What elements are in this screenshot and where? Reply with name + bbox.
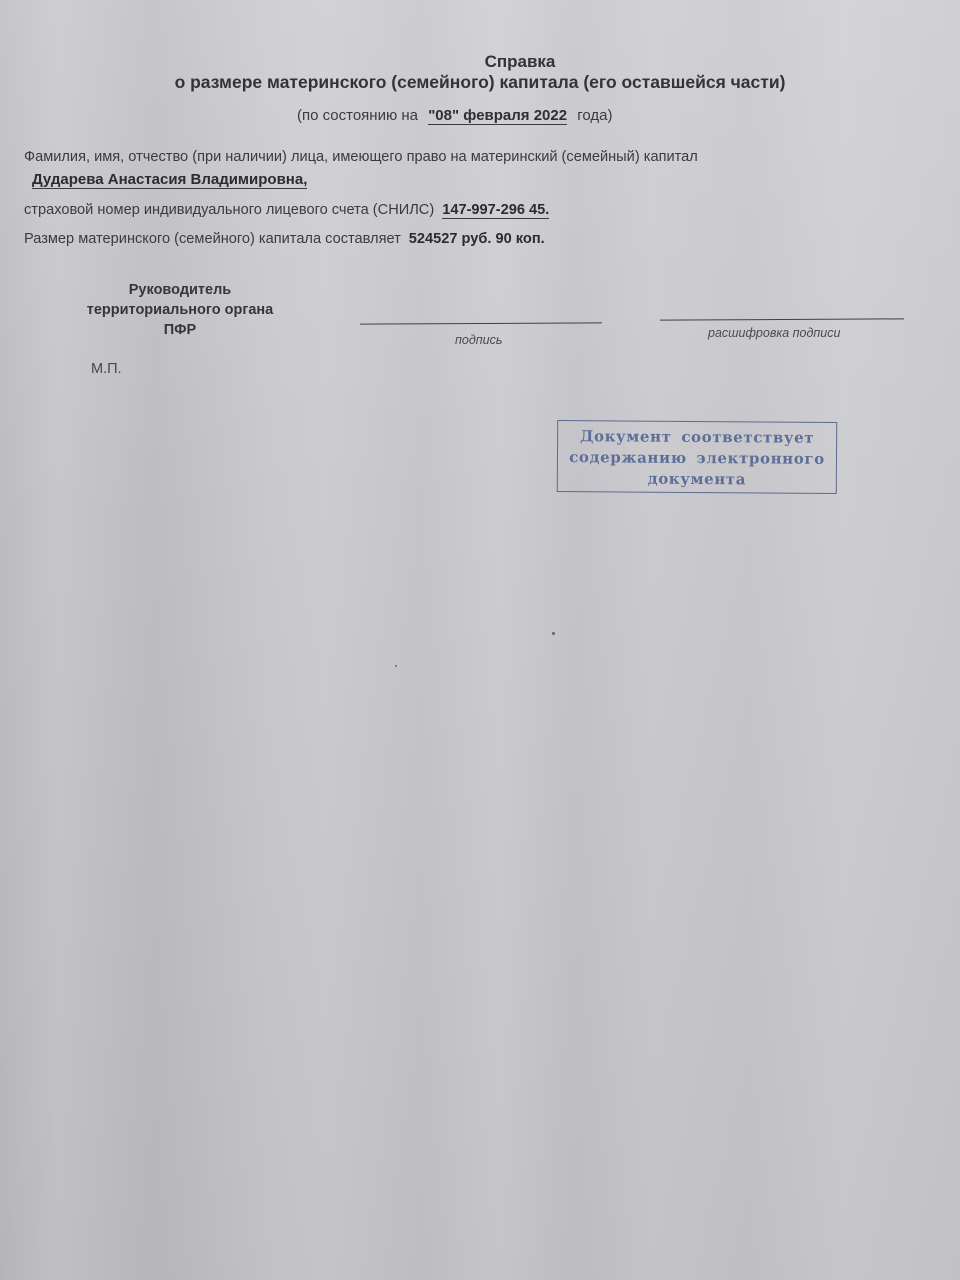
signatory-line-2: территориального органа: [62, 300, 298, 320]
signatory-title: Руководитель территориального органа ПФР: [62, 280, 298, 340]
as-of-date-line: (по состоянию на "08" февраля 2022 года): [297, 107, 613, 124]
capital-label: Размер материнского (семейного) капитала…: [24, 231, 401, 247]
capital-value: 524527 руб. 90 коп.: [409, 231, 545, 247]
paper-shading: [0, 0, 960, 1280]
holder-label: Фамилия, имя, отчество (при наличии) лиц…: [24, 149, 698, 165]
as-of-date: "08" февраля 2022: [428, 107, 567, 125]
dust-speck: [395, 665, 397, 667]
as-of-suffix: года): [577, 107, 612, 124]
capital-line: Размер материнского (семейного) капитала…: [24, 231, 545, 247]
title-line-2: о размере материнского (семейного) капит…: [0, 72, 960, 92]
snils-label: страховой номер индивидуального лицевого…: [24, 202, 434, 218]
seal-place-label: М.П.: [91, 361, 122, 377]
dust-speck: [552, 632, 555, 635]
signature-caption: подпись: [455, 333, 502, 347]
signatory-line-1: Руководитель: [62, 280, 298, 300]
as-of-prefix: (по состоянию на: [297, 107, 418, 124]
snils-value: 147-997-296 45.: [442, 202, 549, 219]
holder-name: Дударева Анастасия Владимировна,: [32, 171, 307, 189]
snils-line: страховой номер индивидуального лицевого…: [24, 202, 549, 218]
stamp-line-2: содержанию электронного: [558, 447, 836, 470]
signature-line: [360, 322, 602, 324]
stamp-line-3: документа: [558, 468, 836, 491]
signature-decryption-caption: расшифровка подписи: [708, 326, 840, 340]
signature-decryption-line: [660, 318, 904, 320]
conformity-stamp: Документ соответствует содержанию электр…: [557, 420, 837, 494]
signatory-line-3: ПФР: [62, 320, 298, 340]
title-line-1: Справка: [0, 52, 960, 72]
stamp-line-1: Документ соответствует: [558, 426, 836, 449]
document-title: Справка о размере материнского (семейног…: [0, 52, 960, 92]
